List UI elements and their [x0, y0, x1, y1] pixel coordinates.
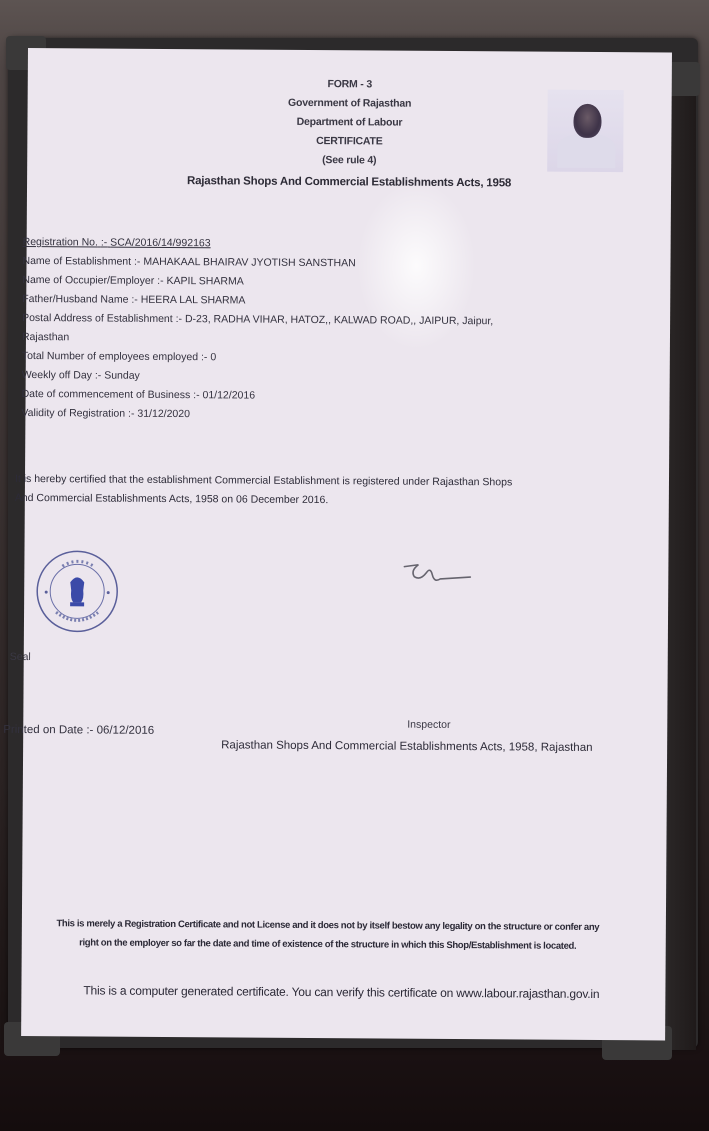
certificate-document: FORM - 3 Government of Rajasthan Departm… — [21, 48, 672, 1040]
inspector-signature-icon — [400, 559, 490, 590]
printed-date: Printed on Date :- 06/12/2016 — [3, 724, 154, 737]
field-postal-address: Postal Address of Establishment :- D-23,… — [22, 309, 493, 331]
certification-statement: It is hereby certified that the establis… — [15, 470, 655, 512]
verification-footer: This is a computer generated certificate… — [7, 983, 675, 1002]
field-validity: Validity of Registration :- 31/12/2020 — [21, 404, 492, 426]
frame-edge — [668, 70, 696, 1050]
government-seal-icon — [34, 548, 121, 635]
seal-label: Seal — [10, 651, 31, 663]
registration-details: Registration No. :- SCA/2016/14/992163 N… — [21, 233, 493, 426]
disclaimer: This is merely a Registration Certificat… — [0, 914, 662, 957]
applicant-photo-icon — [547, 90, 624, 173]
act-name: Rajasthan Shops And Commercial Establish… — [27, 174, 671, 190]
inspector-title: Inspector — [407, 719, 450, 731]
inspector-organization: Rajasthan Shops And Commercial Establish… — [221, 739, 592, 754]
